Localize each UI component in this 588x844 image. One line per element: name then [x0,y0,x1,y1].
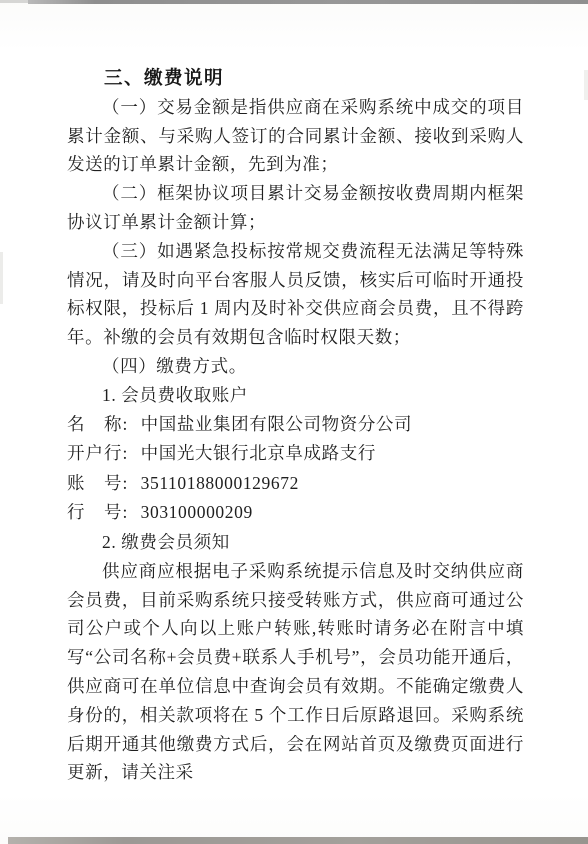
paragraph-payment-notice-body: 供应商应根据电子采购系统提示信息及时交纳供应商会员费，目前采购系统只接受转账方式… [67,557,524,787]
account-number-row: 账 号:35110188000129672 [67,469,524,499]
clause-4-payment-method: （四）缴费方式。 [67,352,524,381]
scanned-page: 三、缴费说明 （一）交易金额是指供应商在采购系统中成交的项目累计金额、与采购人签… [0,0,588,844]
list-item-membership-fee-account: 1. 会员费收取账户 [67,381,524,410]
scan-edge-top [28,0,588,4]
scan-edge-bottom [8,837,588,844]
account-bank-value: 中国光大银行北京阜成路支行 [141,443,376,463]
account-bank-row: 开户行:中国光大银行北京阜成路支行 [67,439,524,469]
account-number-label: 账 号: [67,473,128,493]
account-name-row: 名 称:中国盐业集团有限公司物资分公司 [67,410,524,440]
account-name-label: 名 称: [67,414,128,434]
scan-smudge-left [0,252,3,304]
scan-smudge-right [584,70,588,100]
clause-1-transaction-amount: （一）交易金额是指供应商在采购系统中成交的项目累计金额、与采购人签订的合同累计金… [67,93,524,179]
account-number-value: 35110188000129672 [141,473,299,493]
scan-edge-top-left [0,0,28,3]
bank-code-row: 行 号:303100000209 [67,498,524,528]
account-info-block: 名 称:中国盐业集团有限公司物资分公司 开户行:中国光大银行北京阜成路支行 账 … [67,410,524,528]
bank-code-value: 303100000209 [141,502,253,522]
account-bank-label: 开户行: [67,443,128,463]
section-heading: 三、缴费说明 [67,64,524,93]
list-item-payment-notice: 2. 缴费会员须知 [67,528,524,557]
bank-code-label: 行 号: [67,502,128,522]
clause-2-framework-agreement: （二）框架协议项目累计交易金额按收费周期内框架协议订单累计金额计算； [67,179,524,237]
document-body: 三、缴费说明 （一）交易金额是指供应商在采购系统中成交的项目累计金额、与采购人签… [67,64,524,787]
clause-3-urgent-bidding: （三）如遇紧急投标按常规交费流程无法满足等特殊情况，请及时向平台客服人员反馈，核… [67,237,524,352]
account-name-value: 中国盐业集团有限公司物资分公司 [141,414,413,434]
